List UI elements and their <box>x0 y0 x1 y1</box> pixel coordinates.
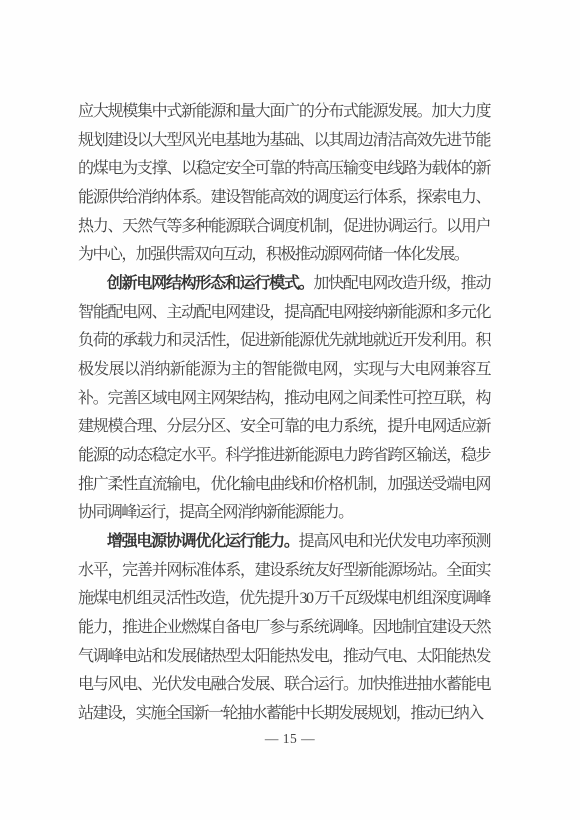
paragraph: 应大规模集中式新能源和量大面广的分布式能源发展。加大力度规划建设以大型风光电基地… <box>78 98 490 270</box>
paragraph-lead: 增强电源协调优化运行能力。 <box>107 533 299 550</box>
paragraph: 创新电网结构形态和运行模式。加快配电网改造升级，推动智能配电网、主动配电网建设，… <box>78 270 490 528</box>
paragraph: 增强电源协调优化运行能力。提高风电和光伏发电功率预测水平，完善并网标准体系，建设… <box>78 528 490 729</box>
paragraph-lead: 创新电网结构形态和运行模式。 <box>107 275 313 292</box>
page-number: — 15 — <box>0 730 580 748</box>
document-page: 应大规模集中式新能源和量大面广的分布式能源发展。加大力度规划建设以大型风光电基地… <box>0 0 580 820</box>
page-text-block: 应大规模集中式新能源和量大面广的分布式能源发展。加大力度规划建设以大型风光电基地… <box>78 98 490 729</box>
